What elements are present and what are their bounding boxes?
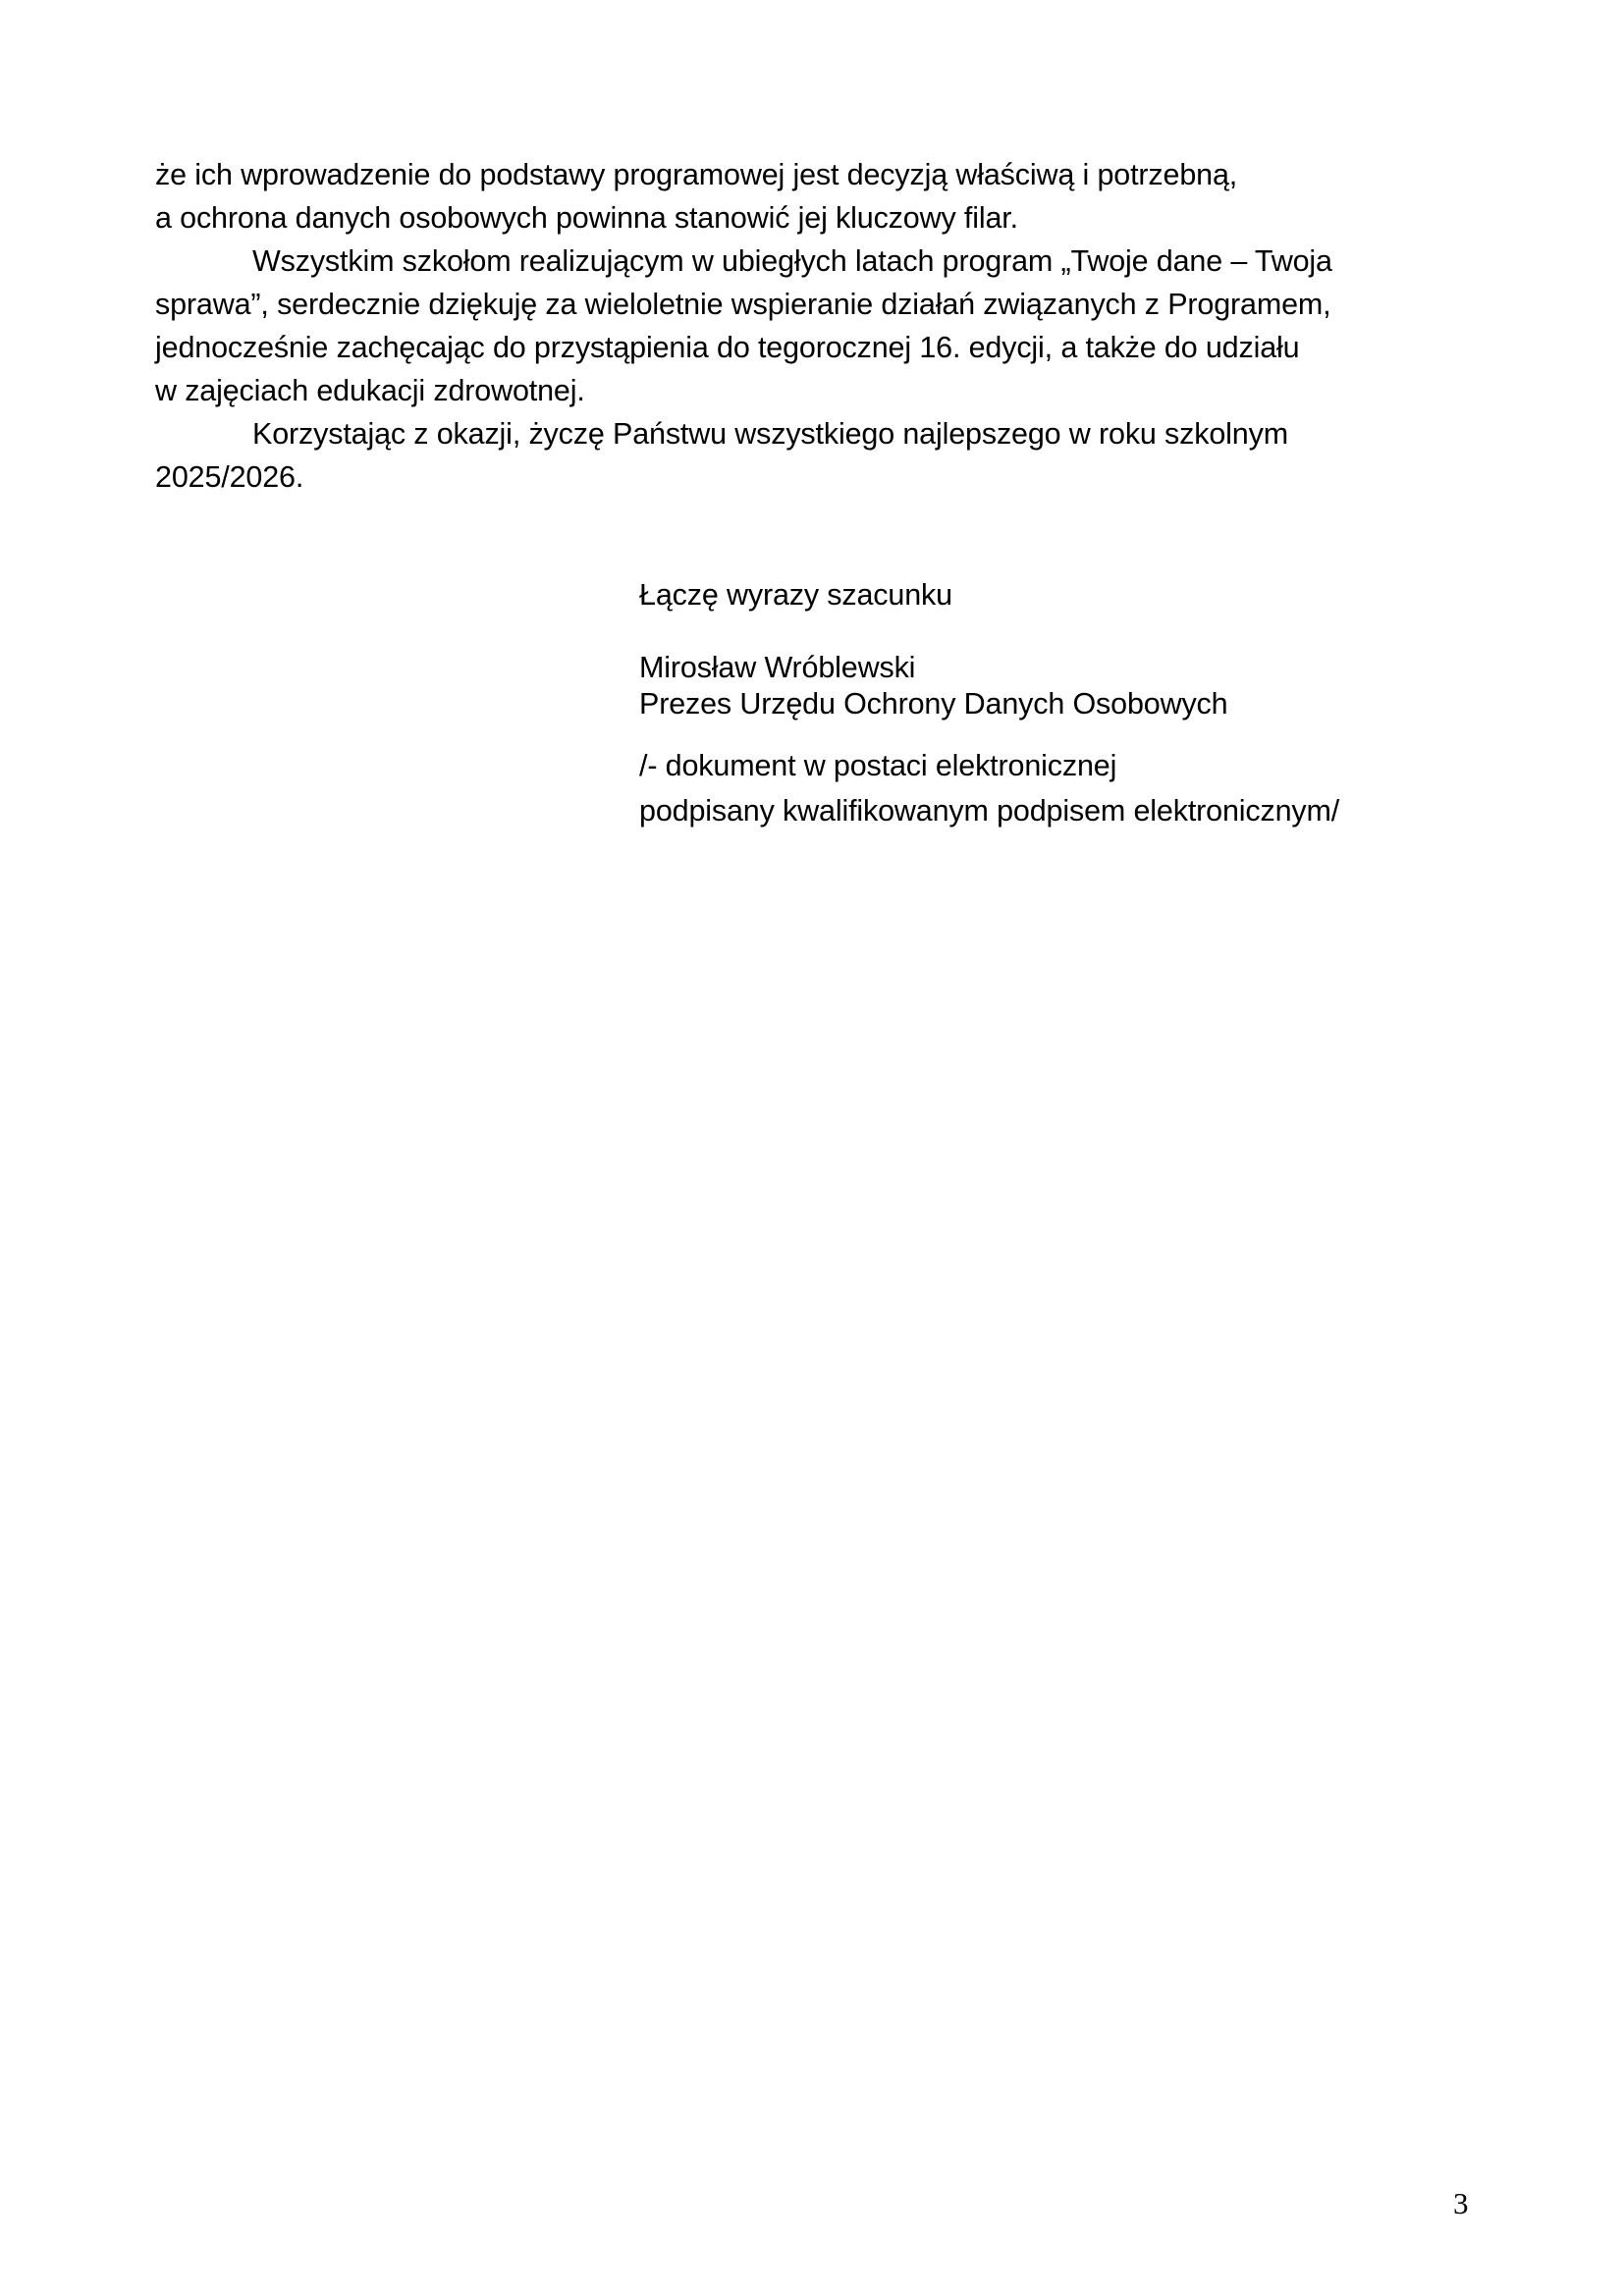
paragraph-2-line-4: w zajęciach edukacji zdrowotnej. (155, 369, 1471, 412)
paragraph-2-line-2: sprawa”, serdecznie dziękuję za wielolet… (155, 283, 1471, 326)
paragraph-1-line-1: że ich wprowadzenie do podstawy programo… (155, 153, 1471, 196)
paragraph-3-line-2: 2025/2026. (155, 455, 1471, 499)
paragraph-3-line-1: Korzystając z okazji, życzę Państwu wszy… (155, 412, 1471, 455)
document-page: że ich wprowadzenie do podstawy programo… (0, 0, 1624, 2296)
signature-closing: Łączę wyrazy szacunku (639, 577, 952, 613)
page-number: 3 (1453, 2187, 1469, 2220)
paragraph-1-line-2: a ochrona danych osobowych powinna stano… (155, 196, 1471, 240)
paragraph-2-line-3: jednocześnie zachęcając do przystąpienia… (155, 326, 1471, 369)
electronic-signature-note-line-1: /- dokument w postaci elektronicznej (639, 748, 1116, 783)
electronic-signature-note-line-2: podpisany kwalifikowanym podpisem elektr… (639, 793, 1339, 828)
signatory-title: Prezes Urzędu Ochrony Danych Osobowych (639, 686, 1227, 721)
signatory-name: Mirosław Wróblewski (639, 650, 915, 685)
letter-body: że ich wprowadzenie do podstawy programo… (155, 153, 1471, 499)
paragraph-2-line-1: Wszystkim szkołom realizującym w ubiegły… (155, 240, 1471, 283)
